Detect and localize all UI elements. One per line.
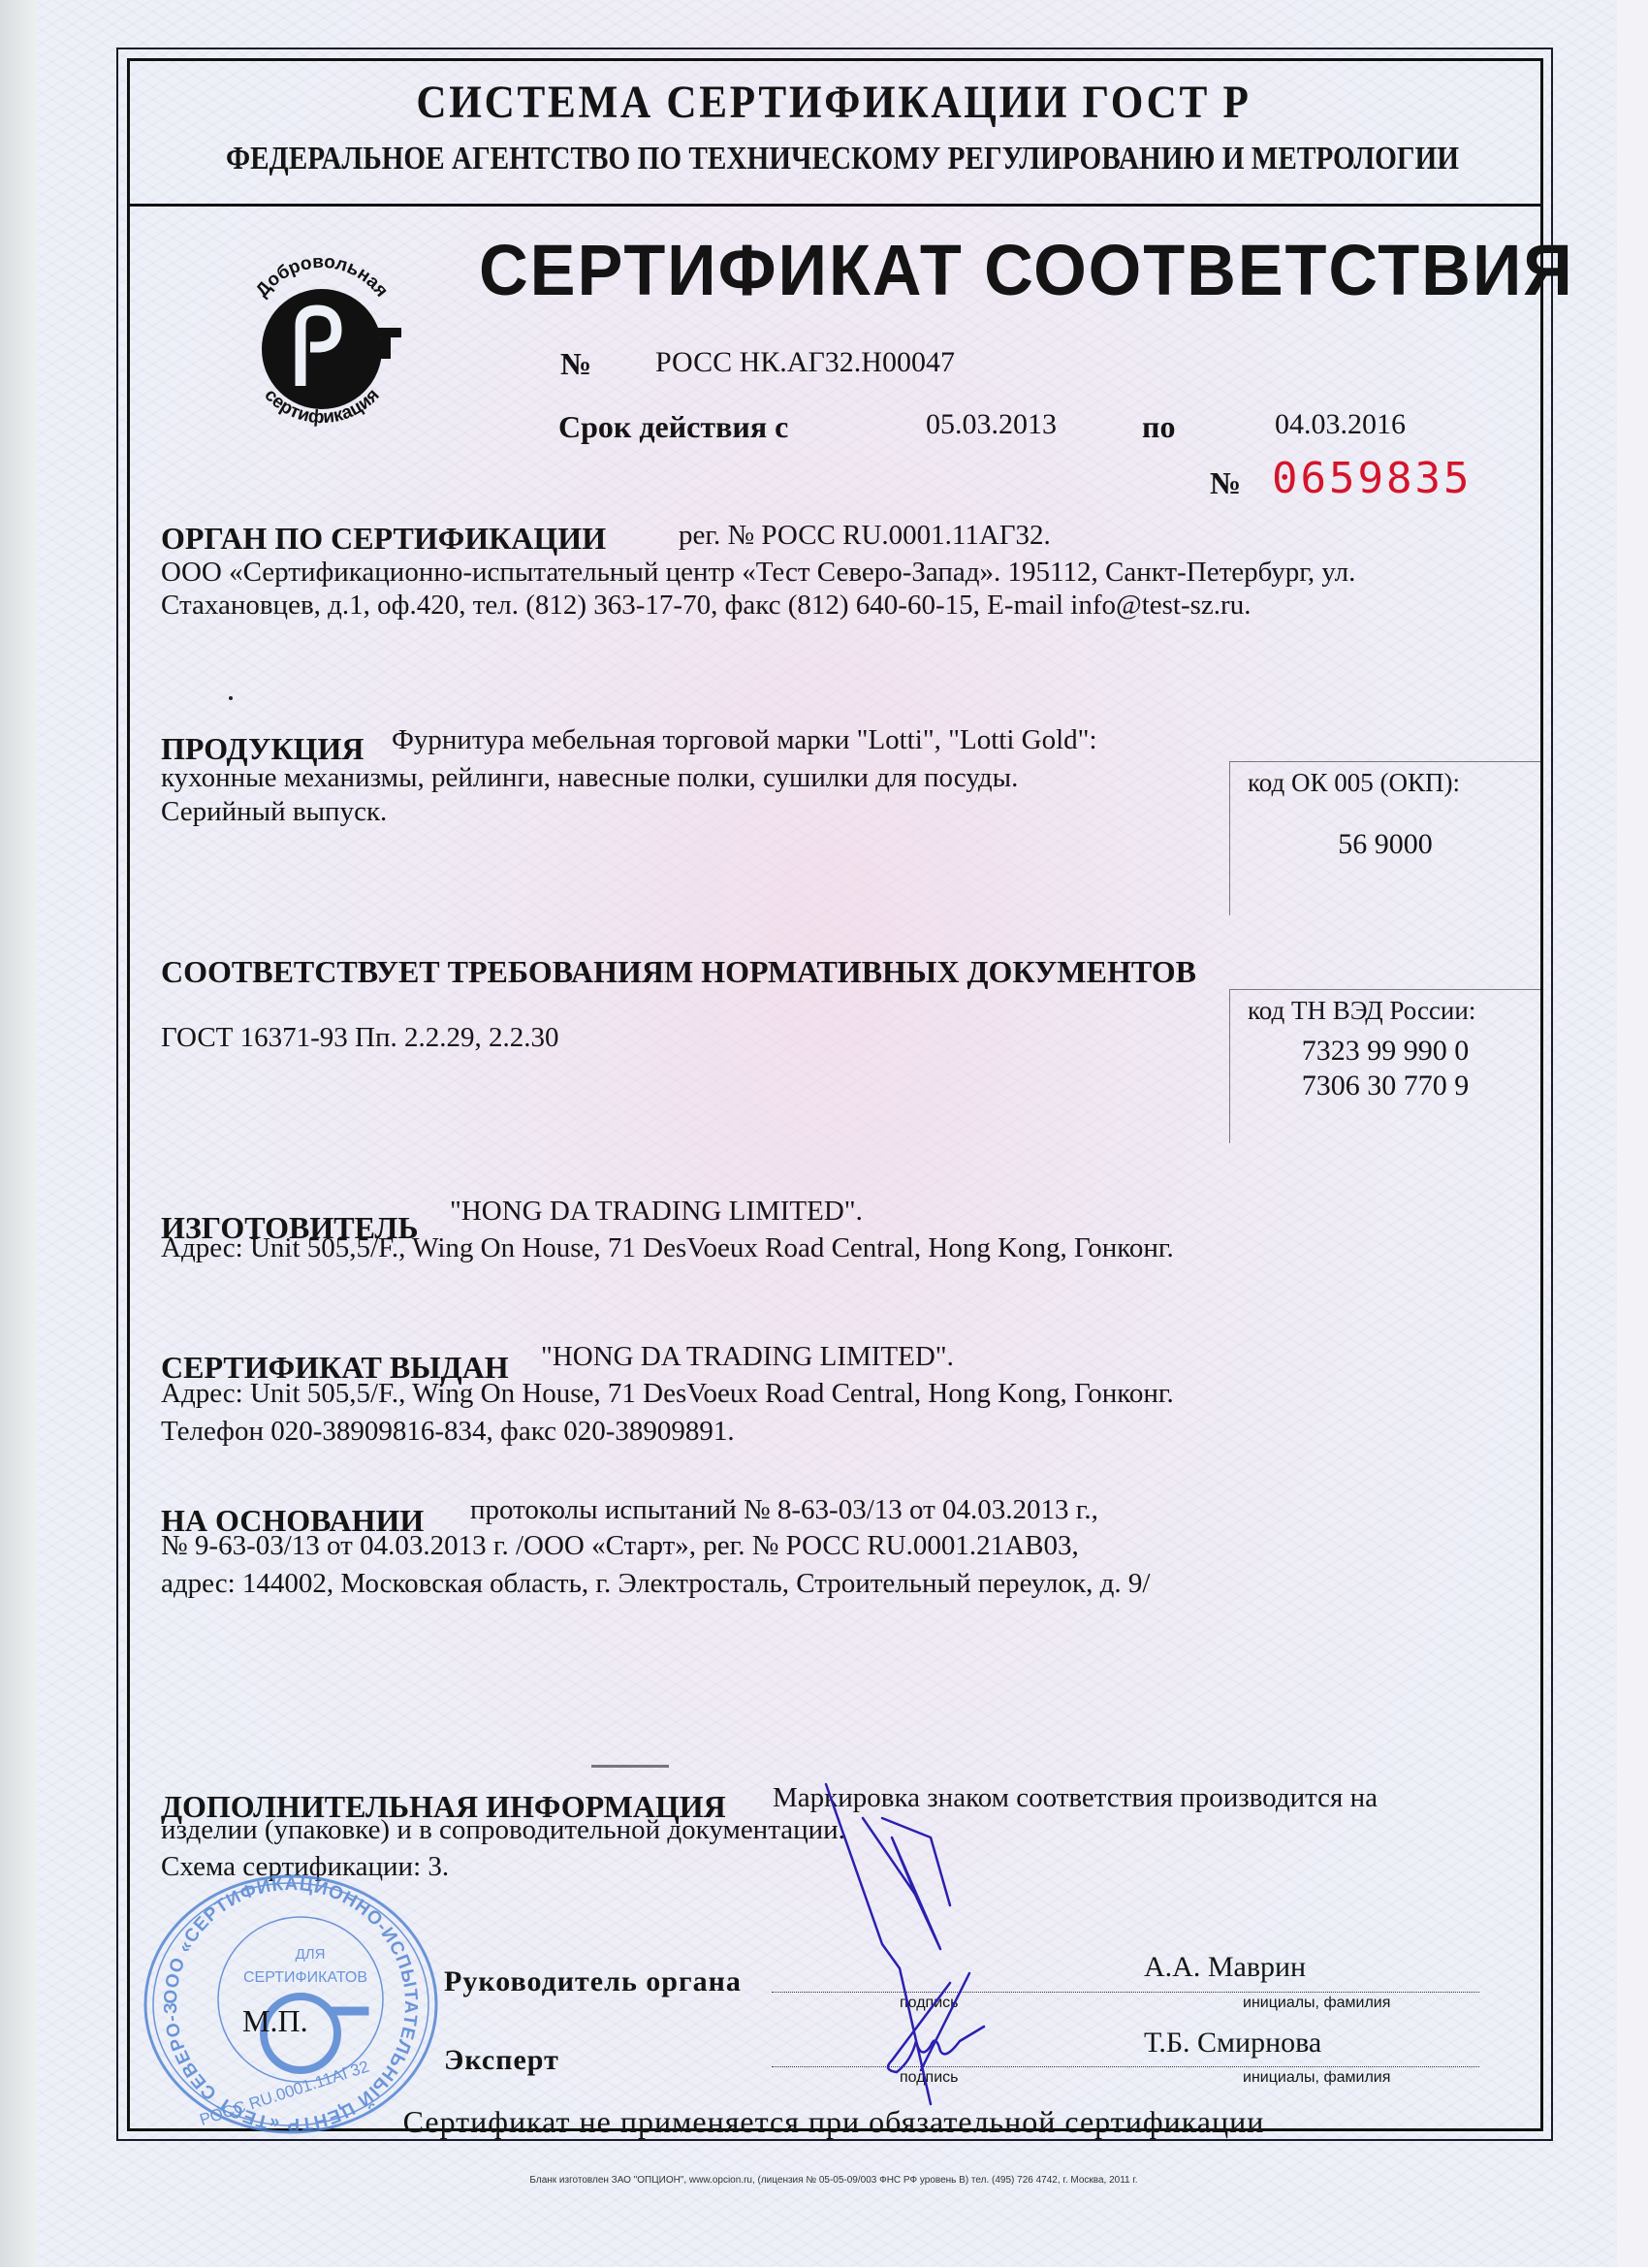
svg-text:СЕРТИФИКАТОВ: СЕРТИФИКАТОВ [243, 1969, 367, 1986]
certification-body-heading: ОРГАН ПО СЕРТИФИКАЦИИ [161, 521, 606, 557]
ink-smudge [591, 1765, 669, 1768]
voluntary-notice: Сертификат не применяется при обязательн… [127, 2104, 1540, 2140]
expert-label: Эксперт [444, 2044, 559, 2077]
head-of-body-label: Руководитель органа [444, 1965, 742, 1998]
issued-to-phone: Телефон 020-38909816-834, факс 020-38909… [161, 1416, 735, 1448]
tnved-code-box: код ТН ВЭД России: 7323 99 990 0 7306 30… [1229, 989, 1540, 1143]
agency-name: ФЕДЕРАЛЬНОЕ АГЕНТСТВО ПО ТЕХНИЧЕСКОМУ РЕ… [226, 141, 1442, 177]
name-line [1098, 2066, 1479, 2067]
tnved-code-label: код ТН ВЭД России: [1248, 996, 1475, 1026]
tnved-code-value: 7306 30 770 9 [1230, 1070, 1540, 1102]
additional-info-line-2: изделии (упаковке) и в сопроводительной … [161, 1814, 845, 1846]
validity-label: Срок действия с [558, 409, 788, 445]
issued-to-name: "HONG DA TRADING LIMITED". [541, 1341, 954, 1373]
manufacturer-address: Адрес: Unit 505,5/F., Wing On House, 71 … [161, 1232, 1174, 1264]
certification-body-reg: рег. № РОСС RU.0001.11АГ32. [679, 520, 1051, 552]
okp-code-box: код ОК 005 (ОКП): 56 9000 [1229, 761, 1540, 915]
product-line-2: кухонные механизмы, рейлинги, навесные п… [161, 762, 1018, 794]
head-of-body-name: А.А. Маврин [1144, 1951, 1306, 1984]
name-caption: инициалы, фамилия [1243, 1995, 1390, 2012]
issued-to-address: Адрес: Unit 505,5/F., Wing On House, 71 … [161, 1378, 1174, 1410]
product-line-3: Серийный выпуск. [161, 796, 387, 828]
valid-from-date: 05.03.2013 [926, 408, 1057, 441]
product-line-1: Фурнитура мебельная торговой марки "Lott… [392, 724, 1097, 756]
conformity-heading: СООТВЕТСТВУЕТ ТРЕБОВАНИЯМ НОРМАТИВНЫХ ДО… [161, 954, 1196, 990]
svg-text:ДЛЯ: ДЛЯ [296, 1946, 326, 1963]
basis-line-3: адрес: 144002, Московская область, г. Эл… [161, 1568, 1150, 1600]
number-sign: № [560, 346, 591, 382]
registration-number: РОСС НК.АГ32.Н00047 [655, 346, 955, 379]
valid-to-label: по [1142, 409, 1175, 445]
header-divider [127, 204, 1540, 207]
normative-documents: ГОСТ 16371-93 Пп. 2.2.29, 2.2.30 [161, 1022, 559, 1054]
ink-dot [229, 696, 233, 700]
certification-body-line-1: ООО «Сертификационно-испытательный центр… [161, 557, 1355, 589]
okp-code-value: 56 9000 [1230, 828, 1540, 861]
okp-code-label: код ОК 005 (ОКП): [1248, 768, 1460, 798]
tnved-code-value: 7323 99 990 0 [1230, 1035, 1540, 1068]
manufacturer-name: "HONG DA TRADING LIMITED". [450, 1196, 863, 1228]
serial-number-sign: № [1210, 465, 1241, 501]
name-line [1098, 1992, 1479, 1993]
scanner-edge [0, 0, 37, 2268]
rst-logo-icon: Добровольная сертификация [225, 240, 419, 434]
stamp-place-label: М.П. [242, 2003, 308, 2039]
certification-body-line-2: Стахановцев, д.1, оф.420, тел. (812) 363… [161, 590, 1251, 622]
basis-line-2: № 9-63-03/13 от 04.03.2013 г. /ООО «Стар… [161, 1530, 1079, 1562]
expert-name: Т.Б. Смирнова [1144, 2027, 1321, 2060]
handwritten-signature-icon [824, 1779, 1037, 2109]
name-caption: инициалы, фамилия [1243, 2069, 1390, 2087]
valid-to-date: 04.03.2016 [1275, 408, 1406, 441]
certificate-title: СЕРТИФИКАТ СООТВЕТСТВИЯ [479, 229, 1574, 311]
system-title: СИСТЕМА СЕРТИФИКАЦИИ ГОСТ Р [198, 76, 1470, 129]
basis-line-1: протоколы испытаний № 8-63-03/13 от 04.0… [470, 1494, 1098, 1526]
printer-imprint: Бланк изготовлен ЗАО "ОПЦИОН", www.opcio… [127, 2175, 1540, 2186]
serial-number: 0659835 [1272, 454, 1472, 503]
